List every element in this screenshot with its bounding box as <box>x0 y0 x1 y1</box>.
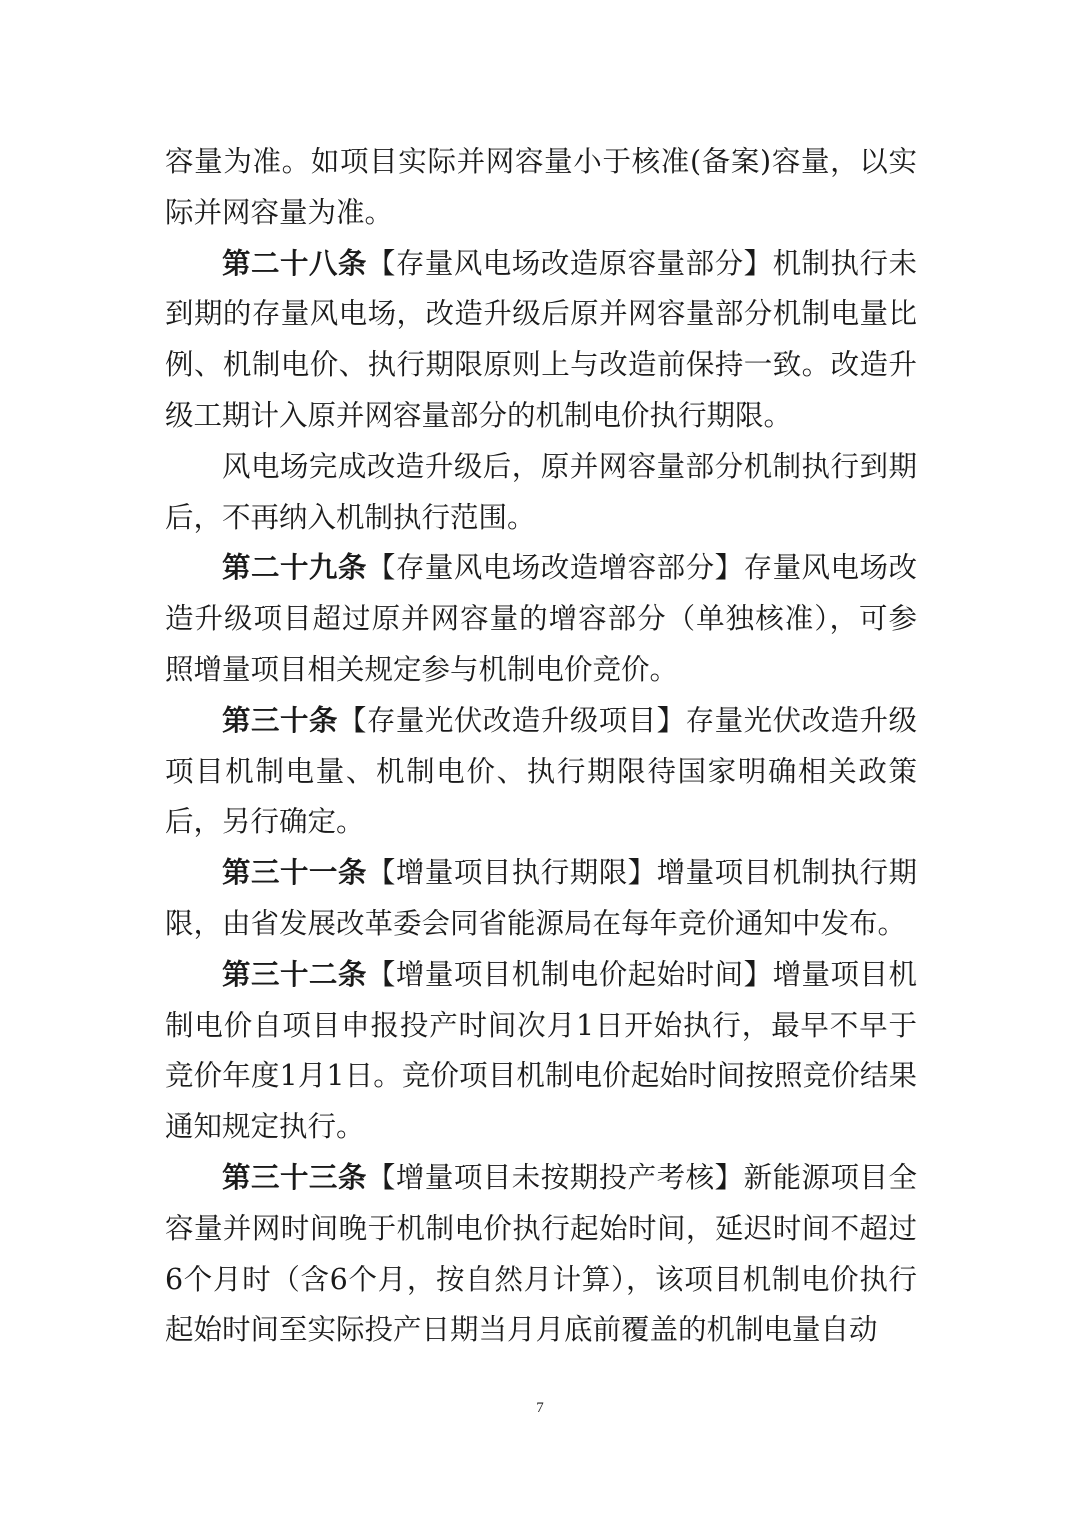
article-29: 第二十九条【存量风电场改造增容部分】存量风电场改造升级项目超过原并网容量的增容部… <box>165 543 917 695</box>
article-heading: 第二十九条 <box>222 551 367 584</box>
article-heading: 第三十二条 <box>222 958 367 991</box>
article-heading: 第三十三条 <box>222 1161 367 1194</box>
paragraph-text: 风电场完成改造升级后，原并网容量部分机制执行到期后，不再纳入机制执行范围。 <box>165 450 917 534</box>
article-28: 第二十八条【存量风电场改造原容量部分】机制执行未到期的存量风电场，改造升级后原并… <box>165 239 917 442</box>
article-28-para-2: 风电场完成改造升级后，原并网容量部分机制执行到期后，不再纳入机制执行范围。 <box>165 442 917 544</box>
article-33: 第三十三条【增量项目未按期投产考核】新能源项目全容量并网时间晚于机制电价执行起始… <box>165 1153 917 1356</box>
paragraph-continuation: 容量为准。如项目实际并网容量小于核准(备案)容量，以实际并网容量为准。 <box>165 137 917 239</box>
document-body: 容量为准。如项目实际并网容量小于核准(备案)容量，以实际并网容量为准。 第二十八… <box>165 137 917 1356</box>
page-number: 7 <box>0 1400 1080 1417</box>
article-heading: 第三十条 <box>222 704 338 737</box>
article-heading: 第三十一条 <box>222 856 367 889</box>
article-heading: 第二十八条 <box>222 247 367 280</box>
article-32: 第三十二条【增量项目机制电价起始时间】增量项目机制电价自项目申报投产时间次月1日… <box>165 950 917 1153</box>
article-31: 第三十一条【增量项目执行期限】增量项目机制执行期限，由省发展改革委会同省能源局在… <box>165 848 917 950</box>
article-30: 第三十条【存量光伏改造升级项目】存量光伏改造升级项目机制电量、机制电价、执行期限… <box>165 696 917 848</box>
paragraph-text: 容量为准。如项目实际并网容量小于核准(备案)容量，以实际并网容量为准。 <box>165 145 917 229</box>
